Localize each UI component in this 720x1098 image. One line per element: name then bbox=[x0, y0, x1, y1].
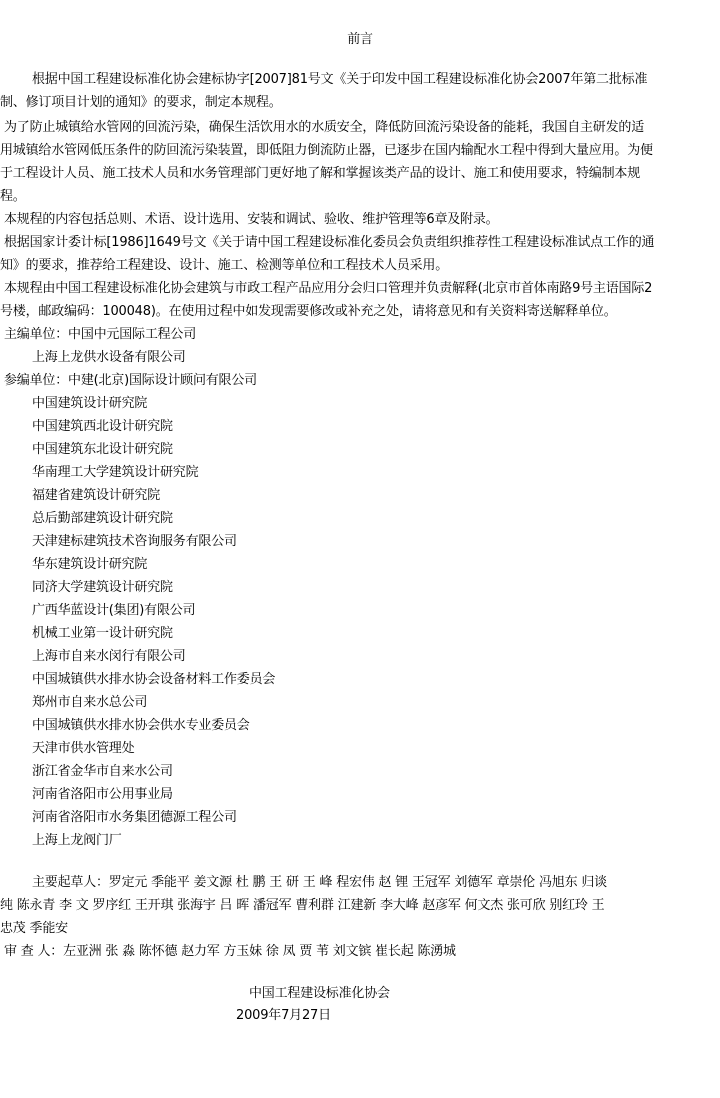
paragraph-line: 本规程由中国工程建设标准化协会建筑与市政工程产品应用分会归口管理并负责解释(北京… bbox=[4, 280, 652, 298]
paragraph-line: 于工程设计人员、施工技术人员和水务管理部门更好地了解和掌握该类产品的设计、施工和… bbox=[0, 165, 640, 183]
participating-editor-unit: 河南省洛阳市公用事业局 bbox=[32, 786, 173, 804]
drafters-line: 忠茂 季能安 bbox=[0, 920, 68, 938]
participating-editor-label: 参编单位： bbox=[4, 373, 68, 388]
participating-editor-unit: 机械工业第一设计研究院 bbox=[32, 625, 173, 643]
participating-editor-unit: 天津建标建筑技术咨询服务有限公司 bbox=[32, 533, 237, 551]
participating-editor-unit: 中国城镇供水排水协会设备材料工作委员会 bbox=[32, 671, 275, 689]
participating-editor-unit: 中国城镇供水排水协会供水专业委员会 bbox=[32, 717, 250, 735]
drafters-line: 主要起草人：罗定元 季能平 姜文源 杜 鹏 王 研 王 峰 程宏伟 赵 锂 王冠… bbox=[32, 874, 607, 892]
participating-editor-unit: 中国建筑设计研究院 bbox=[32, 395, 147, 413]
paragraph-line: 本规程的内容包括总则、术语、设计选用、安装和调试、验收、维护管理等6章及附录。 bbox=[4, 211, 498, 229]
participating-editor-unit: 天津市供水管理处 bbox=[32, 740, 134, 758]
page-title: 前言 bbox=[0, 31, 720, 49]
chief-editor-unit: 上海上龙供水设备有限公司 bbox=[32, 349, 186, 367]
participating-editor-unit: 浙江省金华市自来水公司 bbox=[32, 763, 173, 781]
paragraph-line: 根据国家计委计标[1986]1649号文《关于请中国工程建设标准化委员会负责组织… bbox=[4, 234, 654, 252]
participating-editor-unit: 中建(北京)国际设计顾问有限公司 bbox=[68, 373, 257, 388]
participating-editor-unit: 华南理工大学建筑设计研究院 bbox=[32, 464, 198, 482]
chief-editor-label: 主编单位： bbox=[4, 327, 68, 342]
paragraph-line: 知》的要求，推荐给工程建设、设计、施工、检测等单位和工程技术人员采用。 bbox=[0, 257, 448, 275]
paragraph-line: 制、修订项目计划的通知》的要求，制定本规程。 bbox=[0, 94, 282, 112]
signature-org: 中国工程建设标准化协会 bbox=[249, 985, 390, 1003]
paragraph-line: 用城镇给水管网低压条件的防回流污染装置，即低阻力倒流防止器，已逐步在国内输配水工… bbox=[0, 142, 653, 160]
chief-editor-line: 主编单位：中国中元国际工程公司 bbox=[4, 326, 196, 344]
paragraph-line: 根据中国工程建设标准化协会建标协字[2007]81号文《关于印发中国工程建设标准… bbox=[32, 71, 647, 89]
participating-editor-unit: 广西华蓝设计(集团)有限公司 bbox=[32, 602, 195, 620]
participating-editor-unit: 总后勤部建筑设计研究院 bbox=[32, 510, 173, 528]
participating-editor-unit: 中国建筑东北设计研究院 bbox=[32, 441, 173, 459]
signature-date: 2009年7月27日 bbox=[236, 1007, 331, 1025]
paragraph-line: 号楼，邮政编码：100048)。在使用过程中如发现需要修改或补充之处，请将意见和… bbox=[0, 303, 617, 321]
paragraph-line: 为了防止城镇给水管网的回流污染，确保生活饮用水的水质安全，降低防回流污染设备的能… bbox=[4, 119, 644, 137]
reviewers-line: 审 查 人：左亚洲 张 淼 陈怀德 赵力军 方玉妹 徐 凤 贾 苇 刘文镔 崔长… bbox=[4, 943, 456, 961]
participating-editor-unit: 河南省洛阳市水务集团德源工程公司 bbox=[32, 809, 237, 827]
participating-editor-unit: 中国建筑西北设计研究院 bbox=[32, 418, 173, 436]
paragraph-line: 程。 bbox=[0, 188, 26, 206]
participating-editor-unit: 上海市自来水闵行有限公司 bbox=[32, 648, 186, 666]
participating-editor-unit: 郑州市自来水总公司 bbox=[32, 694, 147, 712]
participating-editor-line: 参编单位：中建(北京)国际设计顾问有限公司 bbox=[4, 372, 257, 390]
participating-editor-unit: 福建省建筑设计研究院 bbox=[32, 487, 160, 505]
participating-editor-unit: 同济大学建筑设计研究院 bbox=[32, 579, 173, 597]
participating-editor-unit: 华东建筑设计研究院 bbox=[32, 556, 147, 574]
participating-editor-unit: 上海上龙阀门厂 bbox=[32, 832, 122, 850]
chief-editor-unit: 中国中元国际工程公司 bbox=[68, 327, 196, 342]
drafters-line: 纯 陈永青 李 文 罗序红 王开琪 张海宇 吕 晖 潘冠军 曹利群 江建新 李大… bbox=[0, 897, 604, 915]
